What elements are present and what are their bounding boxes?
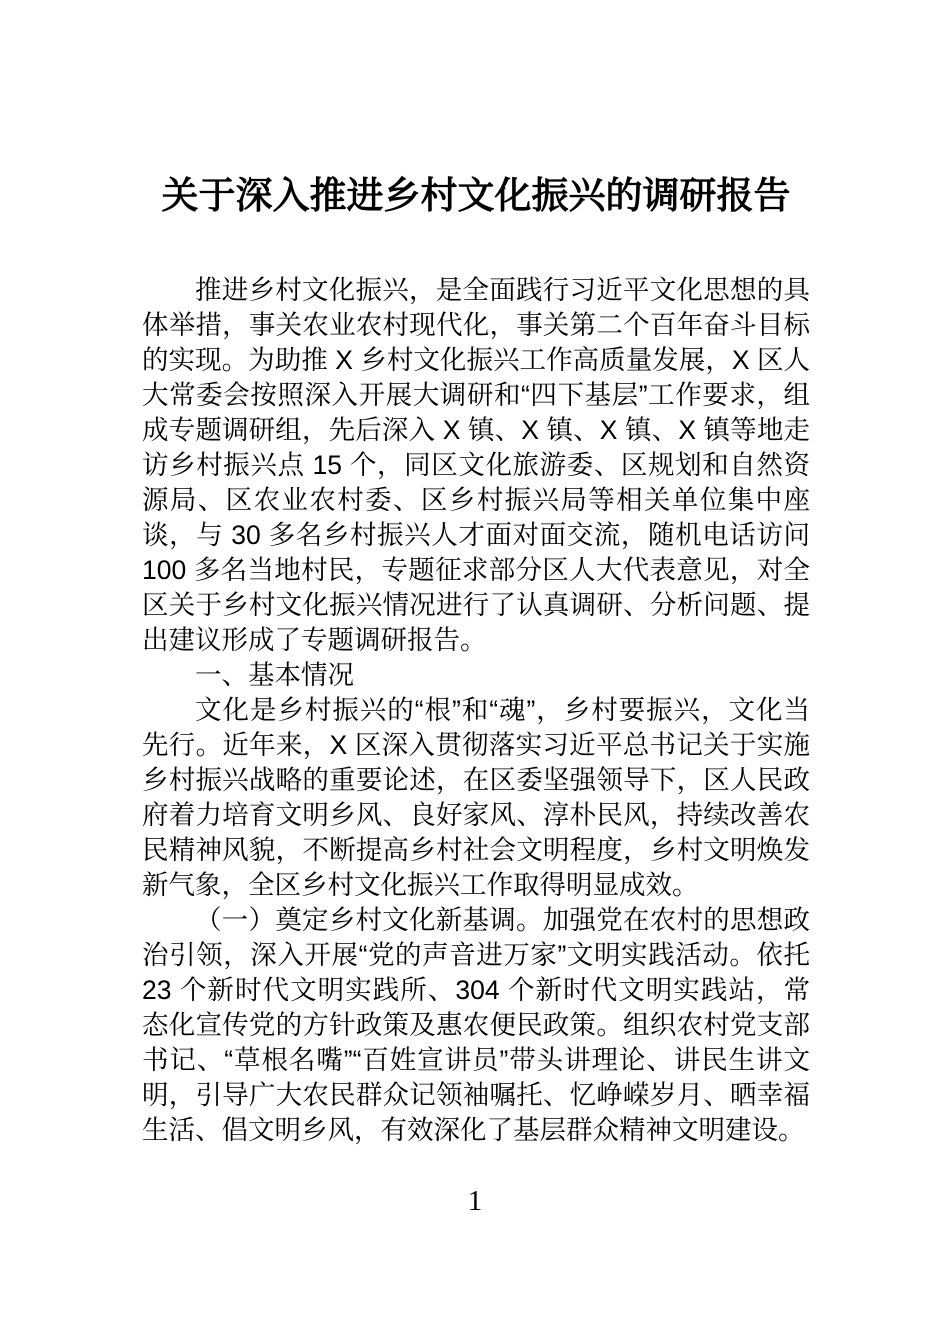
document-title: 关于深入推进乡村文化振兴的调研报告 — [142, 170, 810, 222]
section-heading: 一、基本情况 — [142, 658, 810, 693]
body-paragraph: 文化是乡村振兴的“根”和“魂”，乡村要振兴，文化当先行。近年来，X 区深入贯彻落… — [142, 693, 810, 903]
body-paragraph: （一）奠定乡村文化新基调。加强党在农村的思想政治引领，深入开展“党的声音进万家”… — [142, 903, 810, 1148]
document-body: 关于深入推进乡村文化振兴的调研报告 推进乡村文化振兴，是全面践行习近平文化思想的… — [142, 170, 810, 1148]
body-paragraph: 推进乡村文化振兴，是全面践行习近平文化思想的具体举措，事关农业农村现代化，事关第… — [142, 273, 810, 658]
page-number: 1 — [0, 1184, 950, 1218]
document-page: 关于深入推进乡村文化振兴的调研报告 推进乡村文化振兴，是全面践行习近平文化思想的… — [0, 0, 950, 1344]
